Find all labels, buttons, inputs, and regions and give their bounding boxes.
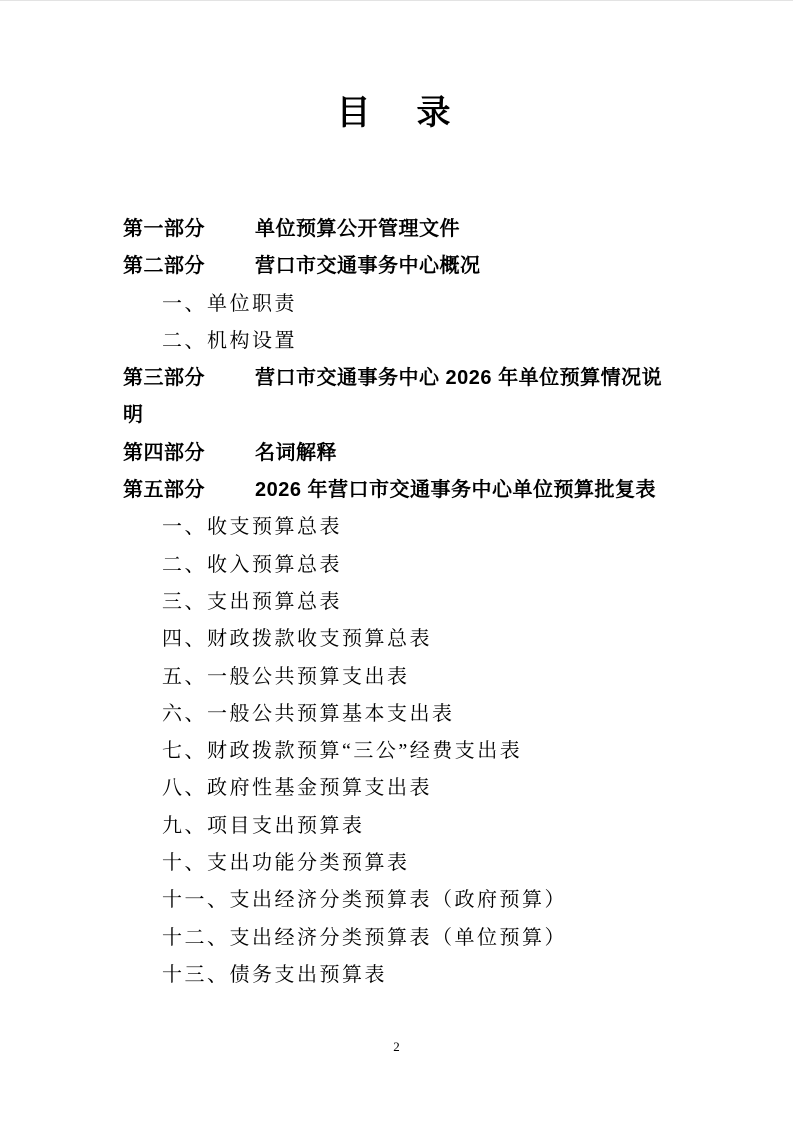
toc-list: 第一部分单位预算公开管理文件第二部分营口市交通事务中心概况一、单位职责二、机构设… <box>123 211 683 994</box>
toc-sub-entry: 三、支出预算总表 <box>123 584 683 621</box>
toc-sub-entry: 六、一般公共预算基本支出表 <box>123 696 683 733</box>
toc-part-title: 营口市交通事务中心概况 <box>255 255 481 277</box>
toc-part-entry: 第一部分单位预算公开管理文件 <box>123 211 683 248</box>
toc-sub-entry: 一、单位职责 <box>123 286 683 323</box>
toc-part-entry: 第三部分营口市交通事务中心 2026 年单位预算情况说 明 <box>123 360 683 435</box>
toc-sub-entry: 九、项目支出预算表 <box>123 808 683 845</box>
toc-sub-entry: 二、机构设置 <box>123 323 683 360</box>
toc-sub-entry: 四、财政拨款收支预算总表 <box>123 621 683 658</box>
toc-sub-entry: 八、政府性基金预算支出表 <box>123 770 683 807</box>
toc-part-entry: 第五部分2026 年营口市交通事务中心单位预算批复表 <box>123 472 683 509</box>
toc-sub-entry: 一、收支预算总表 <box>123 509 683 546</box>
toc-sub-entry: 二、收入预算总表 <box>123 547 683 584</box>
toc-sub-entry: 五、一般公共预算支出表 <box>123 659 683 696</box>
toc-part-title: 名词解释 <box>255 442 337 464</box>
toc-part-title: 单位预算公开管理文件 <box>255 218 460 240</box>
toc-part-label: 第二部分 <box>123 255 205 277</box>
toc-sub-entry: 十三、债务支出预算表 <box>123 957 683 994</box>
toc-part-label: 第一部分 <box>123 218 205 240</box>
toc-part-title: 2026 年营口市交通事务中心单位预算批复表 <box>255 479 656 501</box>
toc-part-label: 第三部分 <box>123 367 205 389</box>
toc-part-entry: 第二部分营口市交通事务中心概况 <box>123 248 683 285</box>
page-title: 目 录 <box>0 93 793 133</box>
toc-part-label: 第四部分 <box>123 442 205 464</box>
toc-sub-entry: 十二、支出经济分类预算表（单位预算） <box>123 920 683 957</box>
toc-part-entry: 第四部分名词解释 <box>123 435 683 472</box>
page-number: 2 <box>0 1039 793 1055</box>
toc-sub-entry: 七、财政拨款预算“三公”经费支出表 <box>123 733 683 770</box>
toc-part-label: 第五部分 <box>123 479 205 501</box>
toc-sub-entry: 十一、支出经济分类预算表（政府预算） <box>123 882 683 919</box>
toc-sub-entry: 十、支出功能分类预算表 <box>123 845 683 882</box>
